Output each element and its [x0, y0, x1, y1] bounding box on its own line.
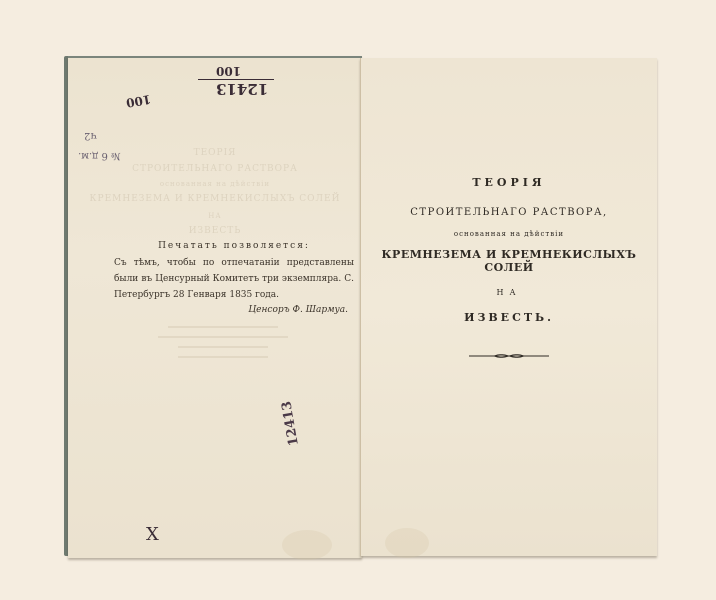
bleed-through-line: КРЕМНЕЗЕМА И КРЕМНЕКИСЛЫХЪ СОЛЕЙ [68, 194, 362, 204]
paper-stain [385, 528, 429, 558]
ornament-divider-icon [469, 353, 549, 359]
handwritten-number: 100 [216, 64, 241, 78]
bleed-through-line: ИЗВЕСТЬ [68, 226, 362, 236]
right-page: ТЕОРІЯ СТРОИТЕЛЬНАГО РАСТВОРА, основанна… [360, 58, 657, 556]
bleed-through-line: СТРОИТЕЛЬНАГО РАСТВОРА [68, 164, 362, 174]
handwritten-number: 12413 [279, 400, 302, 447]
open-book: 100 12413 100 ч2 № 6 д.м. ТЕОРІЯ СТРОИТЕ… [64, 56, 658, 558]
title-heading: ТЕОРІЯ [361, 176, 657, 189]
handwritten-shelfmark: ч2 [84, 130, 97, 141]
paper-stain [282, 530, 332, 560]
title-based-on: основанная на дѣйствіи [361, 230, 657, 238]
title-preposition: НА [361, 288, 657, 297]
title-page: ТЕОРІЯ СТРОИТЕЛЬНАГО РАСТВОРА, основанна… [361, 176, 657, 363]
bleed-through-line: основанная на дѣйствіи [68, 180, 362, 188]
handwritten-number: 100 [125, 92, 152, 110]
bleed-through-colophon [158, 320, 288, 380]
title-subject: КРЕМНЕЗЕМА И КРЕМНЕКИСЛЫХЪ СОЛЕЙ [361, 248, 657, 274]
handwritten-cross-mark: X [146, 524, 159, 545]
title-subtitle: СТРОИТЕЛЬНАГО РАСТВОРА, [361, 207, 657, 218]
censorship-approval: Печатать позволяется: Съ тѣмъ, чтобы по … [114, 241, 354, 315]
bleed-through-title: ТЕОРІЯ [68, 148, 362, 158]
left-page: 100 12413 100 ч2 № 6 д.м. ТЕОРІЯ СТРОИТЕ… [68, 56, 362, 558]
censor-signature: Ценсоръ Ф. Шармуа. [114, 305, 354, 315]
approval-text: Съ тѣмъ, чтобы по отпечатаніи представле… [114, 255, 354, 303]
approval-heading: Печатать позволяется: [114, 241, 354, 251]
bleed-through-line: НА [68, 212, 362, 220]
handwritten-number: 12413 [216, 80, 268, 98]
title-object: ИЗВЕСТЬ. [361, 311, 657, 324]
